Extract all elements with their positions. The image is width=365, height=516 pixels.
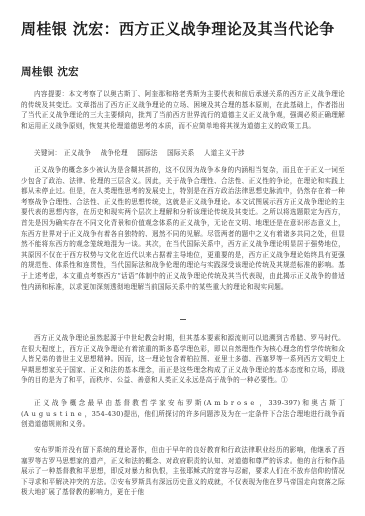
paragraph-lead: 正义战争概念最早由基督教哲学家安布罗斯( [34,399,207,407]
latin-name: Ambrose [207,399,258,407]
article-author: 周桂银 沈宏 [21,66,79,79]
body-paragraph: 西方正义战争理论虽然起源于中世纪教会时期，但其基本要素和源流则可以追溯到古希腊、… [21,333,345,386]
keywords-label: 关键词： [34,149,61,157]
abstract-paragraph: 内容提要：本文考察了以奥古斯丁、阿奎那和格老秀斯为主要代表和前后承递关系的西方正… [21,89,345,131]
keyword-item: 人道主义干涉 [204,149,245,157]
body-paragraph: 正义战争概念最早由基督教哲学家安布罗斯(Ambrose，339-397)和奥古斯… [21,398,345,430]
keywords-line: 关键词： 正义战争 战争伦理 国际法 国际关系 人道主义干涉 [34,148,344,158]
document-page: 周桂银 沈宏：西方正义战争理论及其当代论争 周桂银 沈宏 内容提要：本文考察了以… [0,0,365,516]
keyword-item: 国际法 [137,149,158,157]
keyword-item: 正义战争 [64,149,91,157]
dates-text: ，354-430) [85,410,124,418]
keyword-item: 国际关系 [167,149,194,157]
latin-name: Augustine [24,410,85,418]
article-title: 周桂银 沈宏：西方正义战争理论及其当代论争 [21,20,341,38]
body-paragraph-intro: 正义战争的概念多少被认为是含糊其辞的，这不仅因为战争本身的内涵相当复杂，而且在于… [21,165,345,292]
keyword-item: 战争伦理 [100,149,127,157]
body-paragraph: 安布罗斯并没有留下系统的理论著作，但由于早年的良好教育和行政法律职业经历的影响，… [21,445,345,498]
section-separator [180,319,186,320]
